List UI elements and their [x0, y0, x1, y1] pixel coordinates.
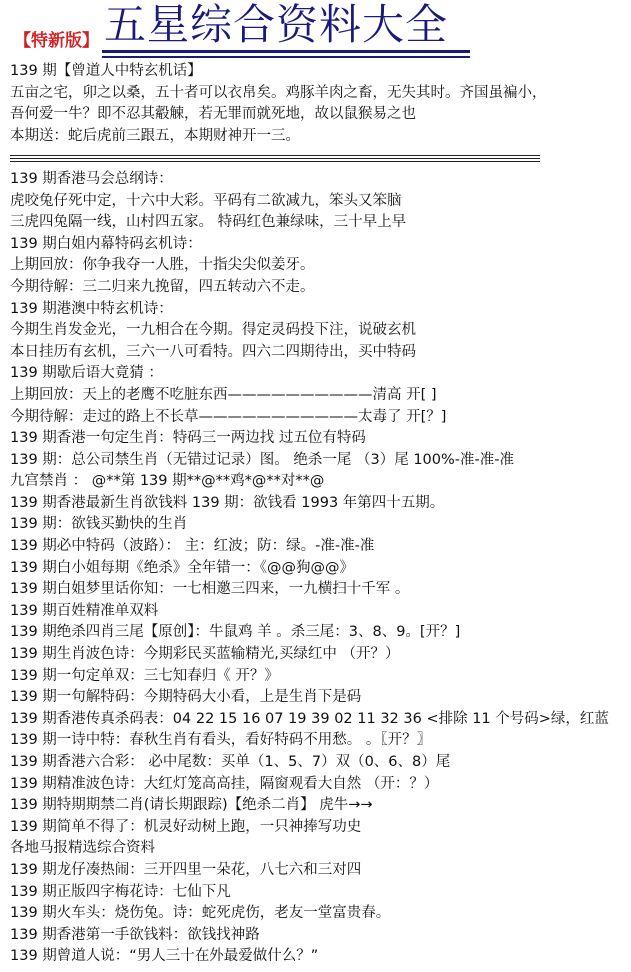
text-line: 五亩之宅，卯之以桑，五十者可以衣帛矣。鸡豚羊肉之畜，无失其时。齐国虽褊小，	[10, 83, 630, 105]
title-underline	[102, 50, 470, 53]
section-heading: 139 期【曾道人中特玄机话】	[10, 61, 630, 83]
text-line: 139 期香港最新生肖欲钱料 139 期：欲钱看 1993 年第四十五期。	[10, 493, 630, 515]
text-line: 今期待解：三二归来九挽留，四五转动六不走。	[10, 277, 630, 299]
text-line: 139 期简单不得了：机灵好动树上跑，一只神捧写功史	[10, 817, 630, 839]
text-line: 九宫禁肖 ： @**第 139 期**@**鸡*@**对**@	[10, 471, 630, 493]
text-line: 139 期正版四字梅花诗：七仙下凡	[10, 882, 630, 904]
text-line: 139 期龙仔凑热闹：三开四里一朵花，八七六和三对四	[10, 860, 630, 882]
document-body: 139 期【曾道人中特玄机话】 五亩之宅，卯之以桑，五十者可以衣帛矣。鸡豚羊肉之…	[10, 61, 630, 968]
text-line: 139 期：总公司禁生肖（无错过记录）图。 绝杀一尾 （3）尾 100%-准-准…	[10, 450, 630, 472]
page-title: 五星综合资料大全	[104, 2, 448, 48]
text-line: 139 期生肖波色诗：今期彩民买蓝输精光,买绿红中 （开？）	[10, 644, 630, 666]
text-line: 今期生肖发金光，一九相合在今期。得定灵码投下注，说破玄机	[10, 320, 630, 342]
text-line: 139 期香港第一手欲钱料：欲钱找神路	[10, 925, 630, 947]
text-line: 上期回放：天上的老鹰不吃脏东西——————————清高 开[ ]	[10, 385, 630, 407]
text-line: 139 期曾道人说：“男人三十在外最爱做什么？”	[10, 946, 630, 968]
text-line: 139 期香港六合彩： 必中尾数：买单（1、5、7）双（0、6、8）尾	[10, 752, 630, 774]
text-line: 上期回放：你争我夺一人胜，十指尖尖似姜牙。	[10, 255, 630, 277]
section-heading: 各地马报精选综合资料	[10, 838, 630, 860]
text-line: 139 期一诗中特：春秋生肖有看头，看好特码不用愁。 。〖开？〗	[10, 730, 630, 752]
text-line: 本期送：蛇后虎前三跟五，本期财神开一三。	[10, 126, 630, 148]
text-line: 139 期白姐梦里话你知：一七相邀三四来，一九横扫十千军 。	[10, 579, 630, 601]
text-line: 139 期：欲钱买勤快的生肖	[10, 514, 630, 536]
text-line: 139 期绝杀四肖三尾【原创】：牛鼠鸡 羊 。杀三尾：3、8、9。[开？]	[10, 622, 630, 644]
text-line: 139 期一句定单双：三七知春归《 开？》	[10, 666, 630, 688]
text-line: 139 期白小姐每期《绝杀》全年错一：《@@狗@@》	[10, 558, 630, 580]
text-line: 139 期特期期禁二肖(请长期跟踪)【绝杀二肖】 虎牛→→	[10, 795, 630, 817]
section-heading: 139 期港澳中特玄机诗：	[10, 299, 630, 321]
section-heading: 139 期香港马会总纲诗：	[10, 169, 630, 191]
text-line: 今期待解：走过的路上不长草———————————太毒了 开[？]	[10, 407, 630, 429]
section-heading: 139 期白姐内幕特码玄机诗：	[10, 234, 630, 256]
text-line: 139 期百姓精准单双料	[10, 601, 630, 623]
text-line: 139 期香港传真杀码表：04 22 15 16 07 19 39 02 11 …	[10, 709, 630, 731]
edition-badge: 【特新版】	[14, 26, 99, 51]
text-line: 139 期火车头：烧伤兔。诗：蛇死虎伤，老友一堂富贵春。	[10, 903, 630, 925]
text-line: 139 期香港一句定生肖：特码三一两边找 过五位有特码	[10, 428, 630, 450]
text-line: 本日挂历有玄机，三六一八可看特。四六二四期待出，买中特码	[10, 342, 630, 364]
text-line: 139 期精准波色诗：大红灯笼高高挂，隔窗观看大自然 （开：？）	[10, 774, 630, 796]
section-heading: 139 期歇后语大竟猜 ：	[10, 363, 630, 385]
text-line: 三虎四兔隔一线，山村四五家。 特码红色兼绿味，三十早上早	[10, 212, 630, 234]
separator-line	[10, 147, 630, 169]
text-line: 虎咬兔仔死中定，十六中大彩。平码有二欲减九，笨头又笨脑	[10, 191, 630, 213]
title-underline	[102, 56, 470, 58]
text-line: 吾何爱一牛？即不忍其觳觫，若无罪而就死地，故以鼠猴易之也	[10, 104, 630, 126]
text-line: 139 期一句解特码：今期特码大小看，上是生肖下是码	[10, 687, 630, 709]
page-header: 【特新版】 五星综合资料大全	[0, 0, 631, 64]
text-line: 139 期必中特码（波路）： 主：红波；防：绿。-准-准-准	[10, 536, 630, 558]
